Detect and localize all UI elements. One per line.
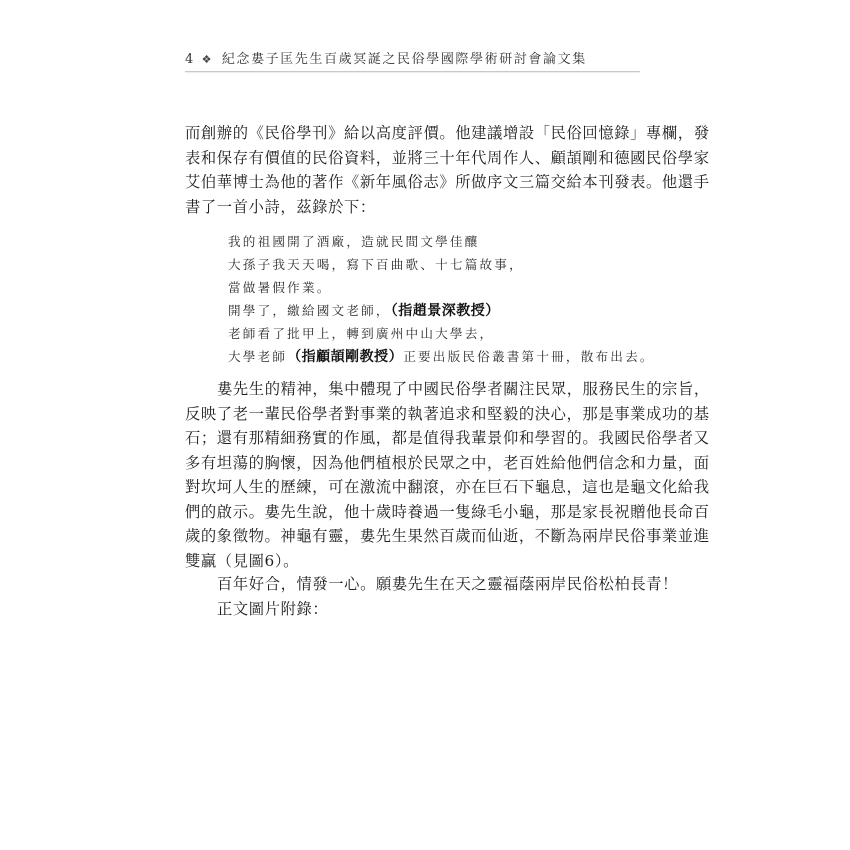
text-line: 對坎坷人生的歷練，可在激流中翻滾，亦在巨石下龜息，這也是龜文化給我 xyxy=(185,475,640,500)
text-line: 婁先生的精神，集中體現了中國民俗學者關注民眾，服務民生的宗旨， xyxy=(185,377,640,402)
paragraph-1: 而創辦的《民俗學刊》給以高度評價。他建議增設「民俗回憶錄」專欄，發 表和保存有價… xyxy=(185,121,640,219)
poem-line: 我的祖國開了酒廠，造就民間文學佳釀 xyxy=(228,230,638,253)
poem-line: 大學老師（指顧頡剛教授）正要出版民俗叢書第十冊，散布出去。 xyxy=(228,345,638,368)
poem-line: 開學了，繳給國文老師，（指趙景深教授） xyxy=(228,299,638,322)
poem-annotation: （指顧頡剛教授） xyxy=(287,349,403,365)
appendix-heading: 正文圖片附錄： xyxy=(185,597,640,622)
text-line: 百年好合，情發一心。願婁先生在天之靈福蔭兩岸民俗松柏長青！ xyxy=(185,572,640,597)
poem-line: 大孫子我天天喝，寫下百曲歌、十七篇故事， xyxy=(228,253,638,276)
poem-annotation: （指趙景深教授） xyxy=(391,303,500,319)
running-header: 4 ❖ 紀念婁子匡先生百歲冥誕之民俗學國際學術研討會論文集 xyxy=(185,50,640,70)
paragraph-2: 婁先生的精神，集中體現了中國民俗學者關注民眾，服務民生的宗旨， 反映了老一輩民俗… xyxy=(185,377,640,573)
text-line: 多有坦蕩的胸懷，因為他們植根於民眾之中，老百姓給他們信念和力量，面 xyxy=(185,451,640,476)
text-line: 反映了老一輩民俗學者對事業的執著追求和堅毅的決心，那是事業成功的基 xyxy=(185,402,640,427)
running-title: 紀念婁子匡先生百歲冥誕之民俗學國際學術研討會論文集 xyxy=(222,52,587,67)
poem-text: 大學老師 xyxy=(228,349,287,364)
text-line: 表和保存有價值的民俗資料，並將三十年代周作人、顧頡剛和德國民俗學家 xyxy=(185,146,640,171)
poem-text: 開學了，繳給國文老師， xyxy=(228,303,391,318)
closing-paragraphs: 百年好合，情發一心。願婁先生在天之靈福蔭兩岸民俗松柏長青！ 正文圖片附錄： xyxy=(185,572,640,621)
text-line: 書了一首小詩，茲錄於下： xyxy=(185,195,640,220)
poem-line: 老師看了批甲上，轉到廣州中山大學去， xyxy=(228,322,638,345)
text-line: 雙贏（見圖6）。 xyxy=(185,549,640,574)
text-line: 艾伯華博士為他的著作《新年風俗志》所做序文三篇交給本刊發表。他還手 xyxy=(185,170,640,195)
text-line: 們的啟示。婁先生說，他十歲時養過一隻綠毛小龜，那是家長祝贈他長命百 xyxy=(185,500,640,525)
text-line: 而創辦的《民俗學刊》給以高度評價。他建議增設「民俗回憶錄」專欄，發 xyxy=(185,121,640,146)
poem-text: 正要出版民俗叢書第十冊，散布出去。 xyxy=(403,349,655,364)
text-line: 石；還有那精細務實的作風，都是值得我輩景仰和學習的。我國民俗學者又 xyxy=(185,426,640,451)
page-number: 4 xyxy=(185,52,195,67)
header-divider xyxy=(185,71,640,72)
ornament-icon: ❖ xyxy=(202,53,213,66)
text-line: 歲的象徵物。神龜有靈，婁先生果然百歲而仙逝，不斷為兩岸民俗事業並進 xyxy=(185,524,640,549)
poem-line: 當做暑假作業。 xyxy=(228,276,638,299)
poem-block: 我的祖國開了酒廠，造就民間文學佳釀 大孫子我天天喝，寫下百曲歌、十七篇故事， 當… xyxy=(228,230,638,368)
